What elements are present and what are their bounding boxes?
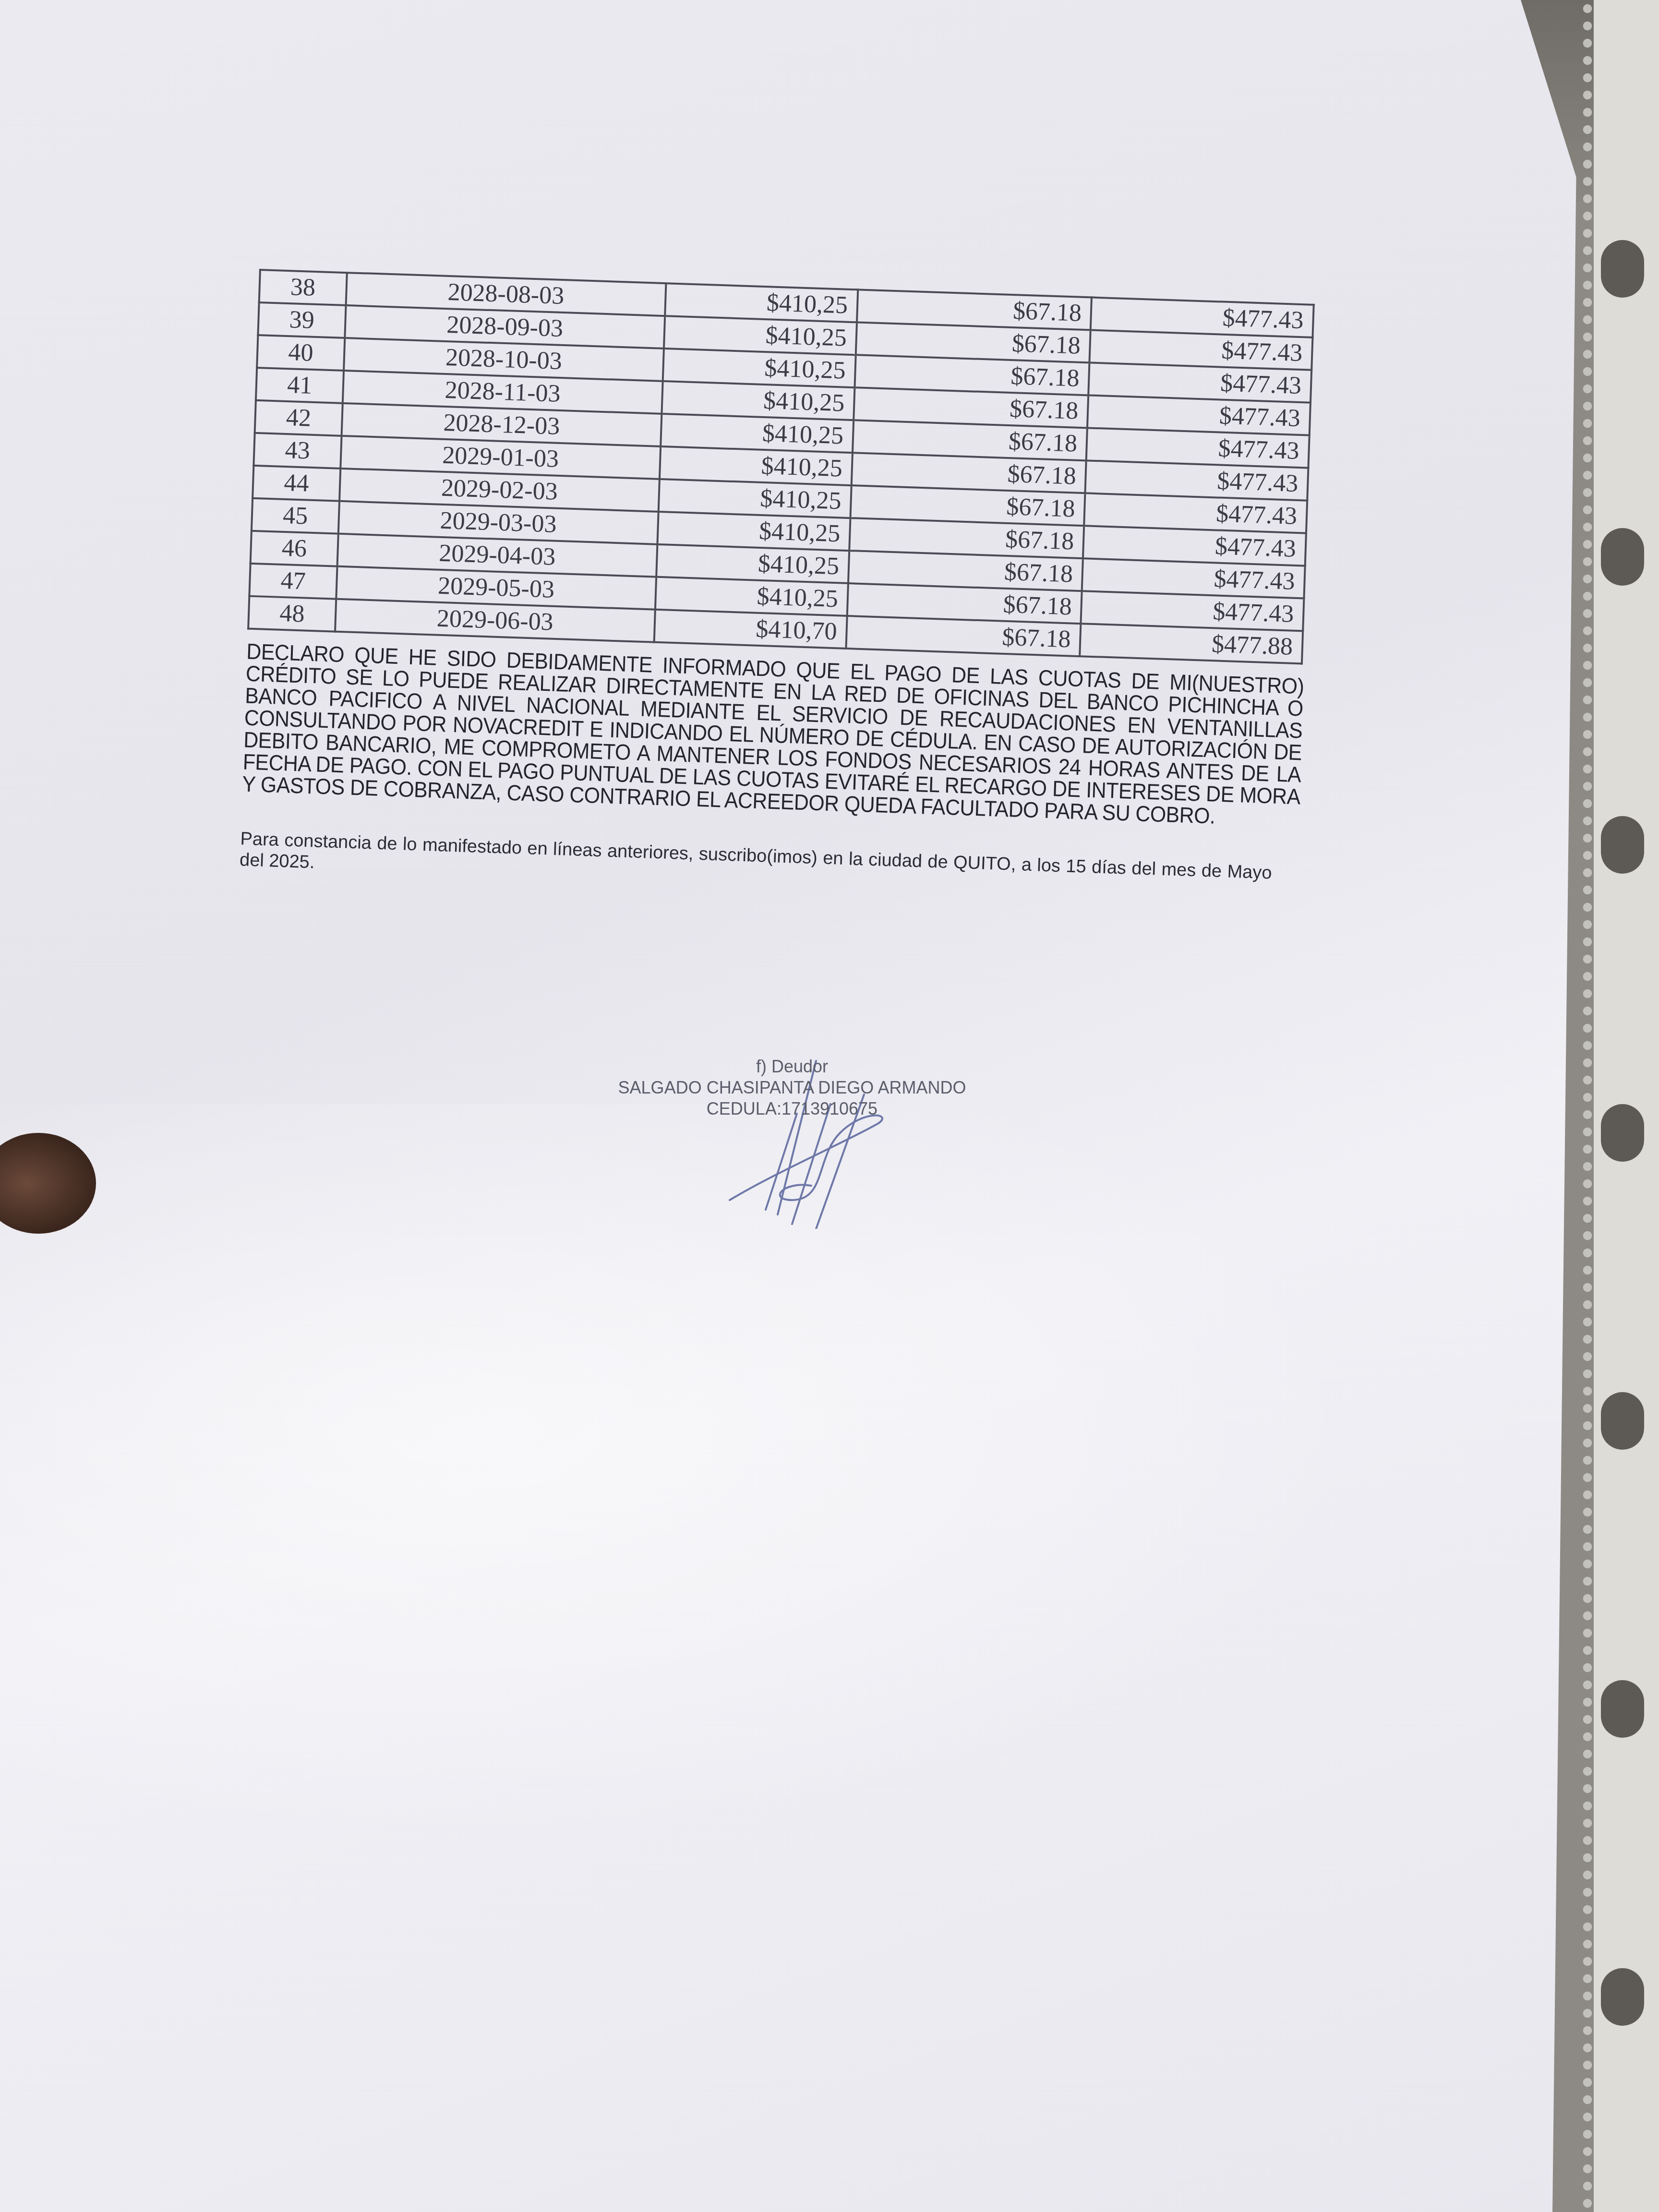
signer-id: CEDULA:1713910675 xyxy=(586,1098,998,1119)
signer-role: f) Deudor xyxy=(586,1056,998,1077)
installment-number: 44 xyxy=(252,466,340,501)
document-content: 382028-08-03$410,25$67.18$477.43392028-0… xyxy=(239,269,1314,905)
total-amount: $477.88 xyxy=(1080,624,1303,663)
installment-number: 40 xyxy=(257,335,345,371)
binder-hole xyxy=(1601,528,1644,586)
installment-number: 46 xyxy=(251,531,338,566)
sheet-protector-perforation xyxy=(1582,0,1593,2212)
installment-number: 48 xyxy=(248,596,336,632)
installment-number: 45 xyxy=(252,498,339,534)
installment-number: 38 xyxy=(259,270,347,305)
signature-block: f) Deudor SALGADO CHASIPANTA DIEGO ARMAN… xyxy=(586,1056,998,1119)
installment-number: 42 xyxy=(255,400,343,436)
binder-hole xyxy=(1601,1392,1644,1450)
binder-hole xyxy=(1601,816,1644,874)
signer-name: SALGADO CHASIPANTA DIEGO ARMANDO xyxy=(586,1077,998,1098)
declaration-paragraph: DECLARO QUE HE SIDO DEBIDAMENTE INFORMAD… xyxy=(242,640,1305,830)
installment-number: 41 xyxy=(256,368,344,403)
installment-number: 39 xyxy=(258,302,346,338)
binder-hole xyxy=(1601,1680,1644,1738)
binder-hole xyxy=(1601,240,1644,298)
capital-amount: $410,70 xyxy=(654,610,847,649)
installment-number: 47 xyxy=(249,564,337,599)
binder-hole xyxy=(1601,1968,1644,2026)
binder-hole xyxy=(1601,1104,1644,1162)
installment-number: 43 xyxy=(253,433,341,469)
payment-schedule-table: 382028-08-03$410,25$67.18$477.43392028-0… xyxy=(247,269,1315,665)
